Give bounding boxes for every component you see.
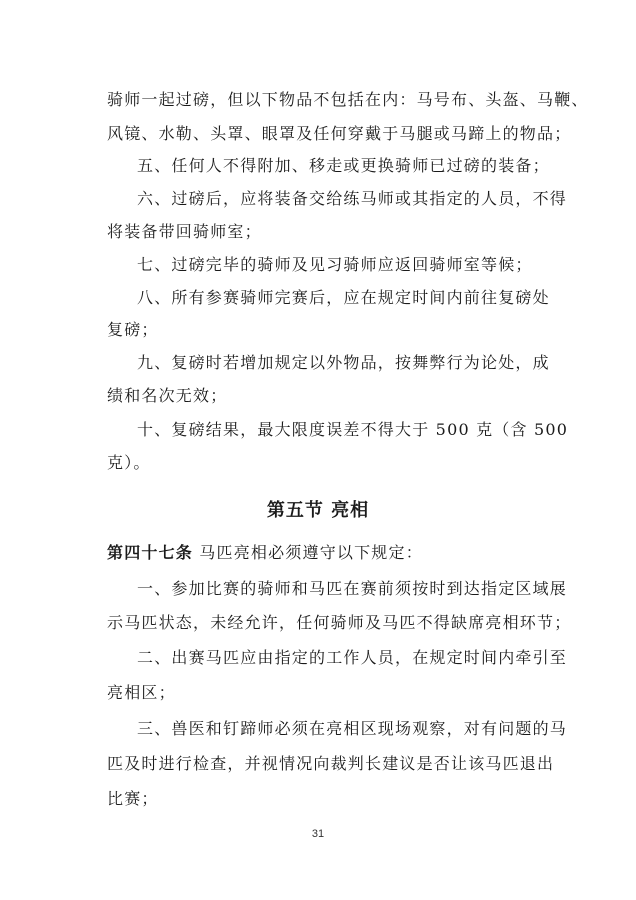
article-intro: 马匹亮相必须遵守以下规定： — [193, 543, 423, 562]
text-line: 骑师一起过磅，但以下物品不包括在内：马号布、头盔、马鞭、 — [107, 90, 499, 110]
section-heading: 第五节 亮相 — [0, 496, 636, 522]
text-line: 复磅； — [107, 320, 499, 340]
text-line: 比赛； — [107, 789, 499, 809]
article-label: 第四十七条 — [107, 543, 193, 562]
article-heading: 第四十七条 马匹亮相必须遵守以下规定： — [107, 543, 499, 563]
text-line: 将装备带回骑师室； — [107, 222, 499, 242]
list-item-8: 八、所有参赛骑师完赛后，应在规定时间内前往复磅处 — [137, 288, 499, 308]
text-line: 示马匹状态，未经允许，任何骑师及马匹不得缺席亮相环节； — [107, 613, 499, 633]
document-page: 骑师一起过磅，但以下物品不包括在内：马号布、头盔、马鞭、 风镜、水勒、头罩、眼罩… — [0, 0, 636, 900]
text-line: 风镜、水勒、头罩、眼罩及任何穿戴于马腿或马蹄上的物品； — [107, 124, 499, 144]
list-item-2: 二、出赛马匹应由指定的工作人员，在规定时间内牵引至 — [137, 648, 499, 668]
list-item-9: 九、复磅时若增加规定以外物品，按舞弊行为论处，成 — [137, 353, 499, 373]
list-item-1: 一、参加比赛的骑师和马匹在赛前须按时到达指定区域展 — [137, 579, 499, 599]
page-number: 31 — [0, 828, 636, 840]
text-line: 亮相区； — [107, 683, 499, 703]
list-item-10: 十、复磅结果，最大限度误差不得大于 500 克（含 500 — [137, 420, 499, 440]
text-line: 匹及时进行检查，并视情况向裁判长建议是否让该马匹退出 — [107, 754, 499, 774]
text-line: 绩和名次无效； — [107, 386, 499, 406]
text-line: 克）。 — [107, 453, 499, 473]
list-item-5: 五、任何人不得附加、移走或更换骑师已过磅的装备； — [137, 156, 499, 176]
list-item-6: 六、过磅后，应将装备交给练马师或其指定的人员，不得 — [137, 189, 499, 209]
list-item-3: 三、兽医和钉蹄师必须在亮相区现场观察，对有问题的马 — [137, 719, 499, 739]
list-item-7: 七、过磅完毕的骑师及见习骑师应返回骑师室等候； — [137, 255, 499, 275]
